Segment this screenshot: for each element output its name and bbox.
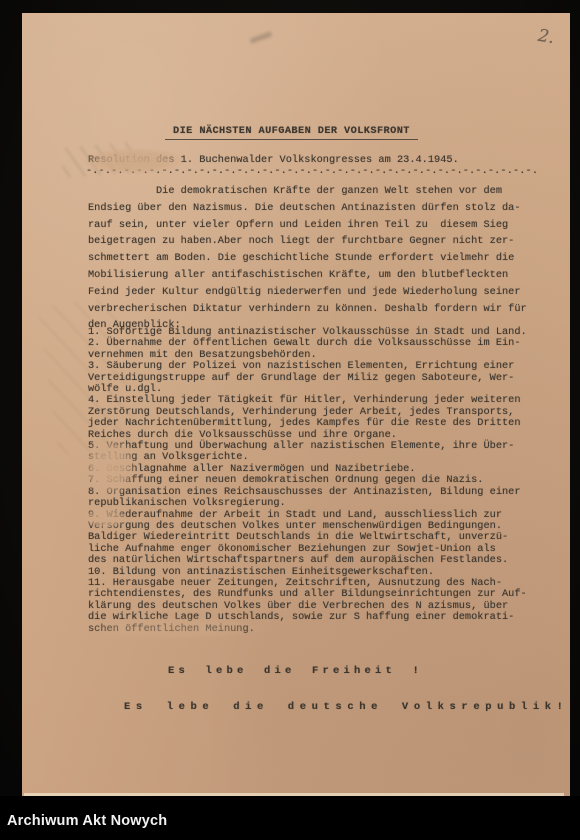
- archive-photo: 2. DIE NÄCHSTEN AUFGABEN DER VOLKSFRONT …: [0, 0, 580, 840]
- slogan-freiheit: Es lebe die Freiheit !: [168, 665, 423, 677]
- handwritten-page-number: 2.: [537, 26, 556, 48]
- typed-divider-line: -.-.-.-.-.-.-.-.-.-.-.-.-.-.-.-.-.-.-.-.…: [86, 165, 538, 177]
- archive-name-label: Archiwum Akt Nowych: [7, 813, 167, 829]
- archive-footer-bar: Archiwum Akt Nowych: [0, 796, 580, 840]
- document-intro-paragraph: Die demokratischen Kräfte der ganzen Wel…: [88, 183, 527, 334]
- paper-smudge: [250, 31, 272, 43]
- document-paper: 2. DIE NÄCHSTEN AUFGABEN DER VOLKSFRONT …: [22, 13, 570, 796]
- document-title: DIE NÄCHSTEN AUFGABEN DER VOLKSFRONT: [165, 125, 418, 140]
- document-numbered-demands: 1. Sofortige Bildung antinazistischer Vo…: [88, 327, 527, 635]
- slogan-volksrepublik: Es lebe die deutsche Volksrepublik!: [124, 701, 569, 713]
